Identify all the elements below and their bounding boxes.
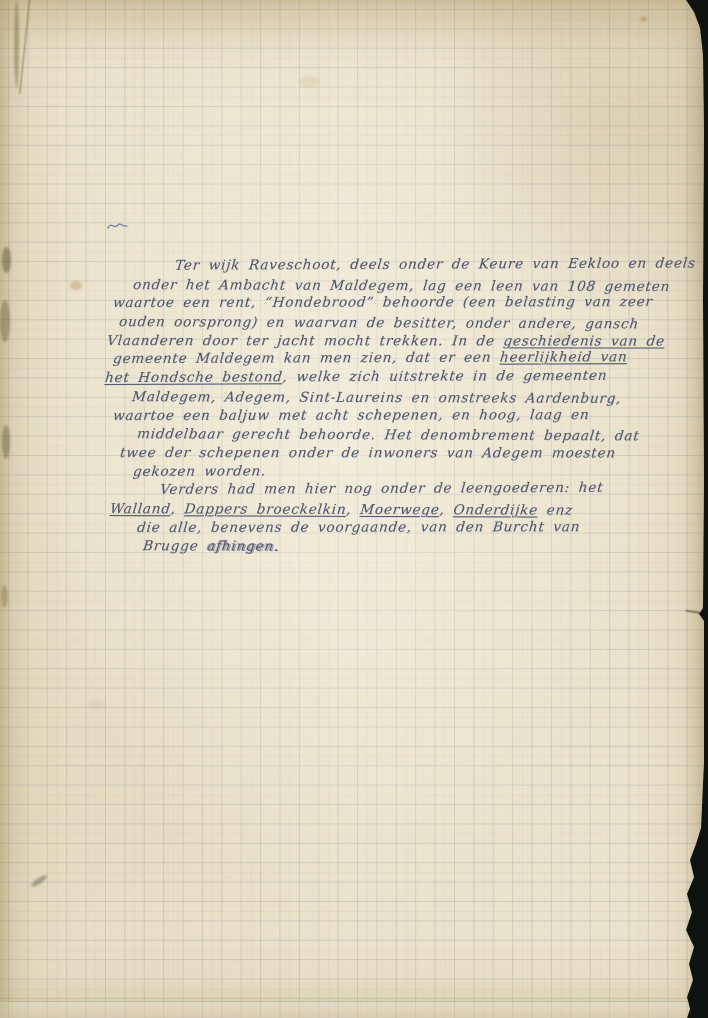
manuscript-segment: waartoe een rent, “Hondebrood” behoorde … [112, 294, 653, 311]
manuscript-segment: waartoe een baljuw met acht schepenen, e… [112, 407, 590, 424]
manuscript-line: Ter wijk Raveschoot, deels onder de Keur… [104, 254, 706, 275]
manuscript-text: Ter wijk Raveschoot, deels onder de Keur… [104, 257, 704, 556]
manuscript-segment: Dappers broeckelkin [184, 501, 348, 518]
manuscript-segment: gekozen worden. [132, 463, 267, 479]
manuscript-segment: enz [537, 502, 574, 518]
manuscript-segment: Ter wijk Raveschoot, deels onder de Keur… [174, 255, 696, 273]
manuscript-segment: , welke zich uitstrekte in de gemeenten [282, 368, 608, 385]
manuscript-line: twee der schepenen onder de inwoners van… [104, 444, 706, 463]
manuscript-line: waartoe een baljuw met acht schepenen, e… [104, 405, 706, 425]
manuscript-segment: Maldegem, Adegem, Sint-Laureins en omstr… [131, 389, 622, 407]
manuscript-segment: heerlijkheid van [499, 350, 628, 366]
manuscript-segment: geschiedenis van de [503, 333, 666, 349]
scanner-glint-edge [704, 0, 706, 1018]
manuscript-line: Verders had men hier nog onder de leengo… [104, 479, 706, 500]
manuscript-segment: Onderdijke [453, 502, 539, 518]
manuscript-segment: Brugge [142, 538, 208, 554]
manuscript-segment: twee der schepenen onder de inwoners van… [119, 445, 617, 461]
manuscript-segment: het Hondsche bestond [104, 369, 283, 386]
manuscript-segment: Vlaanderen door ter jacht mocht trekken.… [106, 333, 504, 349]
manuscript-segment: Verders had men hier nog onder de leengo… [159, 480, 604, 498]
document-page: Ter wijk Raveschoot, deels onder de Keur… [0, 0, 708, 1018]
manuscript-line: het Hondsche bestond, welke zich uitstre… [104, 367, 706, 388]
manuscript-segment: die alle, benevens de voorgaande, van de… [136, 519, 581, 536]
scan-stage: { "colors": { "background": "#0d1310", "… [0, 0, 708, 1018]
manuscript-segment: Walland [109, 501, 171, 517]
under-page-edge [0, 1001, 708, 1018]
manuscript-line: Brugge afhingen. [104, 537, 706, 558]
scanner-background: { "colors": { "background": "#0d1310", "… [0, 0, 708, 1018]
manuscript-segment: Moerwege [359, 502, 440, 518]
manuscript-segment: gemeente Maldegem kan men zien, dat er e… [112, 350, 501, 367]
manuscript-segment: ouden oorsprong) en waarvan de besitter,… [118, 314, 640, 332]
manuscript-segment: afhingen. [206, 539, 280, 555]
manuscript-segment: onder het Ambacht van Maldegem, lag een … [132, 277, 671, 295]
manuscript-line: die alle, benevens de voorgaande, van de… [104, 518, 706, 538]
manuscript-segment: middelbaar gerecht behoorde. Het denombr… [136, 426, 640, 444]
manuscript-line: waartoe een rent, “Hondebrood” behoorde … [104, 293, 706, 313]
